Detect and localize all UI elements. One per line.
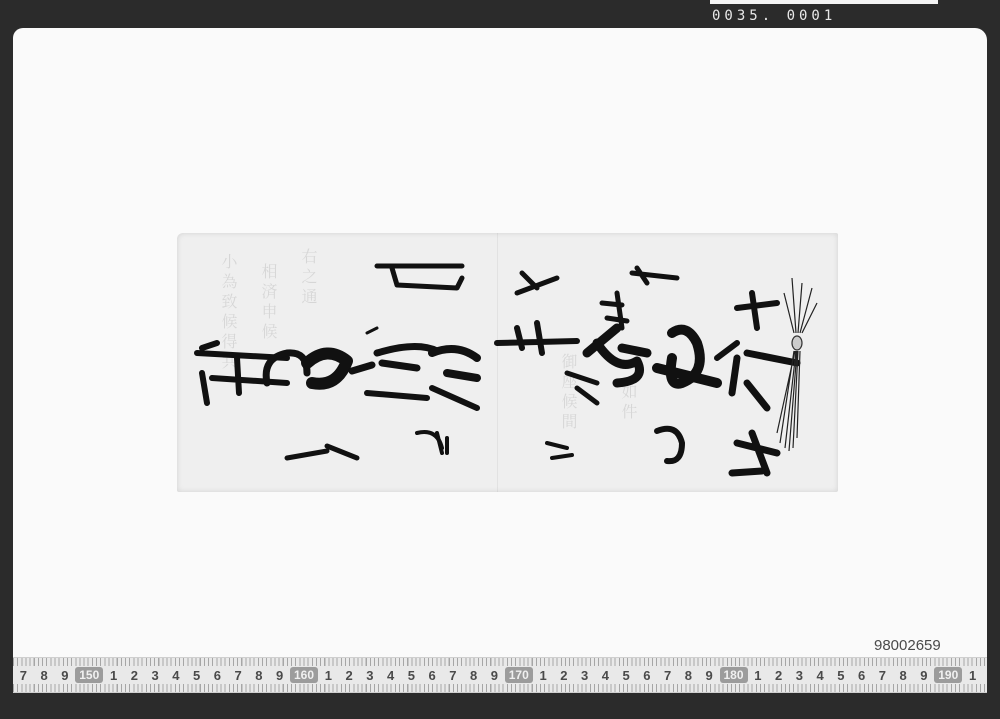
ruler-label: 6 bbox=[637, 668, 658, 683]
ruler-major-label: 170 bbox=[505, 667, 533, 683]
film-label-strip bbox=[710, 0, 938, 4]
ruler-label: 8 bbox=[463, 668, 484, 683]
ruler-major-label: 160 bbox=[290, 667, 318, 683]
ruler-label: 6 bbox=[422, 668, 443, 683]
ruler-labels: 7891501234567891601234567891701234567891… bbox=[13, 665, 987, 685]
ruler-label: 4 bbox=[380, 668, 401, 683]
ruler-label: 8 bbox=[34, 668, 55, 683]
ruler-label: 9 bbox=[269, 668, 290, 683]
measurement-ruler: 7891501234567891601234567891701234567891… bbox=[13, 657, 987, 693]
ruler-label: 9 bbox=[914, 668, 935, 683]
ruler-ticks-bottom bbox=[13, 684, 987, 692]
ruler-label: 7 bbox=[443, 668, 464, 683]
ruler-label: 3 bbox=[145, 668, 166, 683]
ruler-label: 1 bbox=[533, 668, 554, 683]
calligraphy-strokes bbox=[177, 233, 838, 492]
ruler-label: 8 bbox=[678, 668, 699, 683]
tassel-icon bbox=[777, 278, 817, 451]
ruler-label: 6 bbox=[207, 668, 228, 683]
ruler-label: 1 bbox=[962, 668, 983, 683]
ruler-label: 4 bbox=[166, 668, 187, 683]
ruler-label: 7 bbox=[13, 668, 34, 683]
catalog-number: 98002659 bbox=[874, 637, 941, 654]
ruler-label: 5 bbox=[616, 668, 637, 683]
reel-number: 0035. 0001 bbox=[712, 8, 836, 24]
calligraphy-document: 小為致候得共 相済申候 右之通 御座候間 如件 bbox=[177, 233, 838, 492]
ruler-label: 1 bbox=[318, 668, 339, 683]
ruler-label: 8 bbox=[249, 668, 270, 683]
ruler-label: 7 bbox=[657, 668, 678, 683]
ruler-label: 5 bbox=[401, 668, 422, 683]
ruler-label: 1 bbox=[748, 668, 769, 683]
ruler-label: 3 bbox=[360, 668, 381, 683]
ruler-label: 9 bbox=[55, 668, 76, 683]
ruler-major-label: 190 bbox=[934, 667, 962, 683]
ruler-label: 4 bbox=[595, 668, 616, 683]
ruler-label: 7 bbox=[228, 668, 249, 683]
ruler-label: 4 bbox=[810, 668, 831, 683]
ruler-label: 3 bbox=[574, 668, 595, 683]
ruler-label: 5 bbox=[831, 668, 852, 683]
ruler-label: 7 bbox=[872, 668, 893, 683]
ruler-label: 1 bbox=[103, 668, 124, 683]
ruler-label: 2 bbox=[768, 668, 789, 683]
ruler-label: 8 bbox=[893, 668, 914, 683]
ruler-label: 2 bbox=[124, 668, 145, 683]
ruler-label: 5 bbox=[186, 668, 207, 683]
ruler-label: 9 bbox=[484, 668, 505, 683]
ruler-label: 2 bbox=[554, 668, 575, 683]
ruler-major-label: 150 bbox=[75, 667, 103, 683]
ruler-label: 2 bbox=[339, 668, 360, 683]
ruler-label: 2 bbox=[983, 668, 987, 683]
ruler-label: 6 bbox=[851, 668, 872, 683]
ruler-major-label: 180 bbox=[720, 667, 748, 683]
ruler-label: 3 bbox=[789, 668, 810, 683]
ruler-label: 9 bbox=[699, 668, 720, 683]
